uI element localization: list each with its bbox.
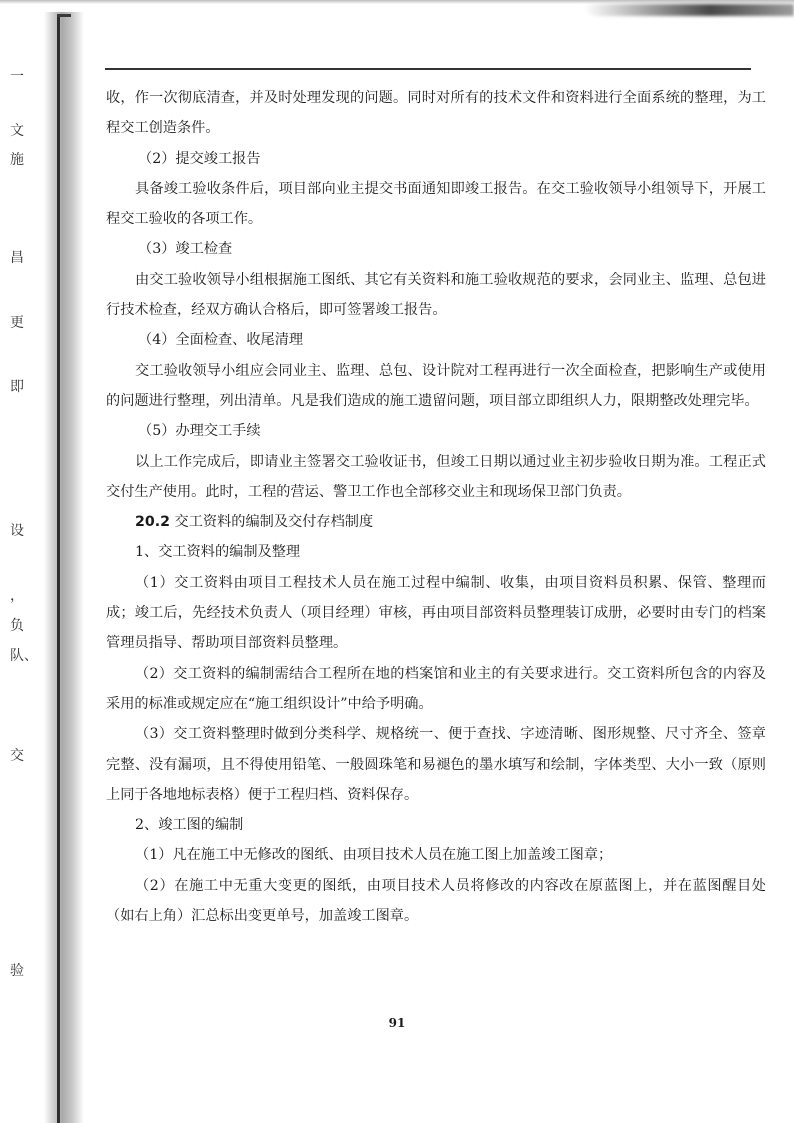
- section-number: 20.2: [135, 514, 170, 530]
- subheading: 2、竣工图的编制: [106, 810, 766, 840]
- margin-char: 施: [10, 149, 24, 169]
- paragraph: 由交工验收领导小组根据施工图纸、其它有关资料和施工验收规范的要求，会同业主、监理…: [106, 265, 766, 326]
- margin-char: 交: [10, 745, 24, 765]
- margin-char: 验: [10, 960, 24, 980]
- margin-char: 昌: [10, 247, 24, 267]
- paragraph: 收，作一次彻底清查，并及时处理发现的问题。同时对所有的技术文件和资料进行全面系统…: [106, 83, 766, 144]
- document-body: 收，作一次彻底清查，并及时处理发现的问题。同时对所有的技术文件和资料进行全面系统…: [106, 83, 766, 931]
- paragraph: 交工验收领导小组应会同业主、监理、总包、设计院对工程再进行一次全面检查，把影响生…: [106, 356, 766, 417]
- margin-char: 一: [10, 66, 24, 86]
- paragraph: 以上工作完成后，即请业主签署交工验收证书，但竣工日期以通过业主初步验收日期为准。…: [106, 447, 766, 508]
- margin-char: 队、: [10, 645, 38, 665]
- margin-char: 文: [10, 120, 24, 140]
- subheading: （4）全面检查、收尾清理: [106, 325, 766, 355]
- header-rule: [105, 68, 751, 70]
- paragraph: （2）交工资料的编制需结合工程所在地的档案馆和业主的有关要求进行。交工资料所包含…: [106, 659, 766, 720]
- subheading: 1、交工资料的编制及整理: [106, 537, 766, 567]
- subheading: （3）竣工检查: [106, 234, 766, 264]
- subheading: （5）办理交工手续: [106, 416, 766, 446]
- margin-char: 设: [10, 520, 24, 540]
- section-title: 交工资料的编制及交付存档制度: [175, 514, 374, 530]
- binding-cap: [57, 14, 71, 17]
- page-number: 91: [0, 1016, 794, 1030]
- margin-char: 即: [10, 376, 24, 396]
- binding-line: [57, 14, 60, 1123]
- paragraph: （3）交工资料整理时做到分类科学、规格统一、便于查找、字迹清晰、图形规整、尺寸齐…: [106, 719, 766, 810]
- section-heading: 20.2 交工资料的编制及交付存档制度: [106, 507, 766, 537]
- margin-char: 负: [10, 615, 24, 635]
- paragraph: （1）交工资料由项目工程技术人员在施工过程中编制、收集，由项目资料员积累、保管、…: [106, 568, 766, 659]
- paragraph: （2）在施工中无重大变更的图纸，由项目技术人员将修改的内容改在原蓝图上，并在蓝图…: [106, 871, 766, 932]
- subheading: （2）提交竣工报告: [106, 144, 766, 174]
- margin-char: 更: [10, 312, 24, 332]
- paragraph: 具备竣工验收条件后，项目部向业主提交书面通知即竣工报告。在交工验收领导小组领导下…: [106, 174, 766, 235]
- binding-shadow: [44, 12, 84, 1123]
- margin-char: ，: [10, 585, 24, 605]
- paragraph: （1）凡在施工中无修改的图纸、由项目技术人员在施工图上加盖竣工图章；: [106, 840, 766, 870]
- scan-corner-shadow: [584, 4, 794, 16]
